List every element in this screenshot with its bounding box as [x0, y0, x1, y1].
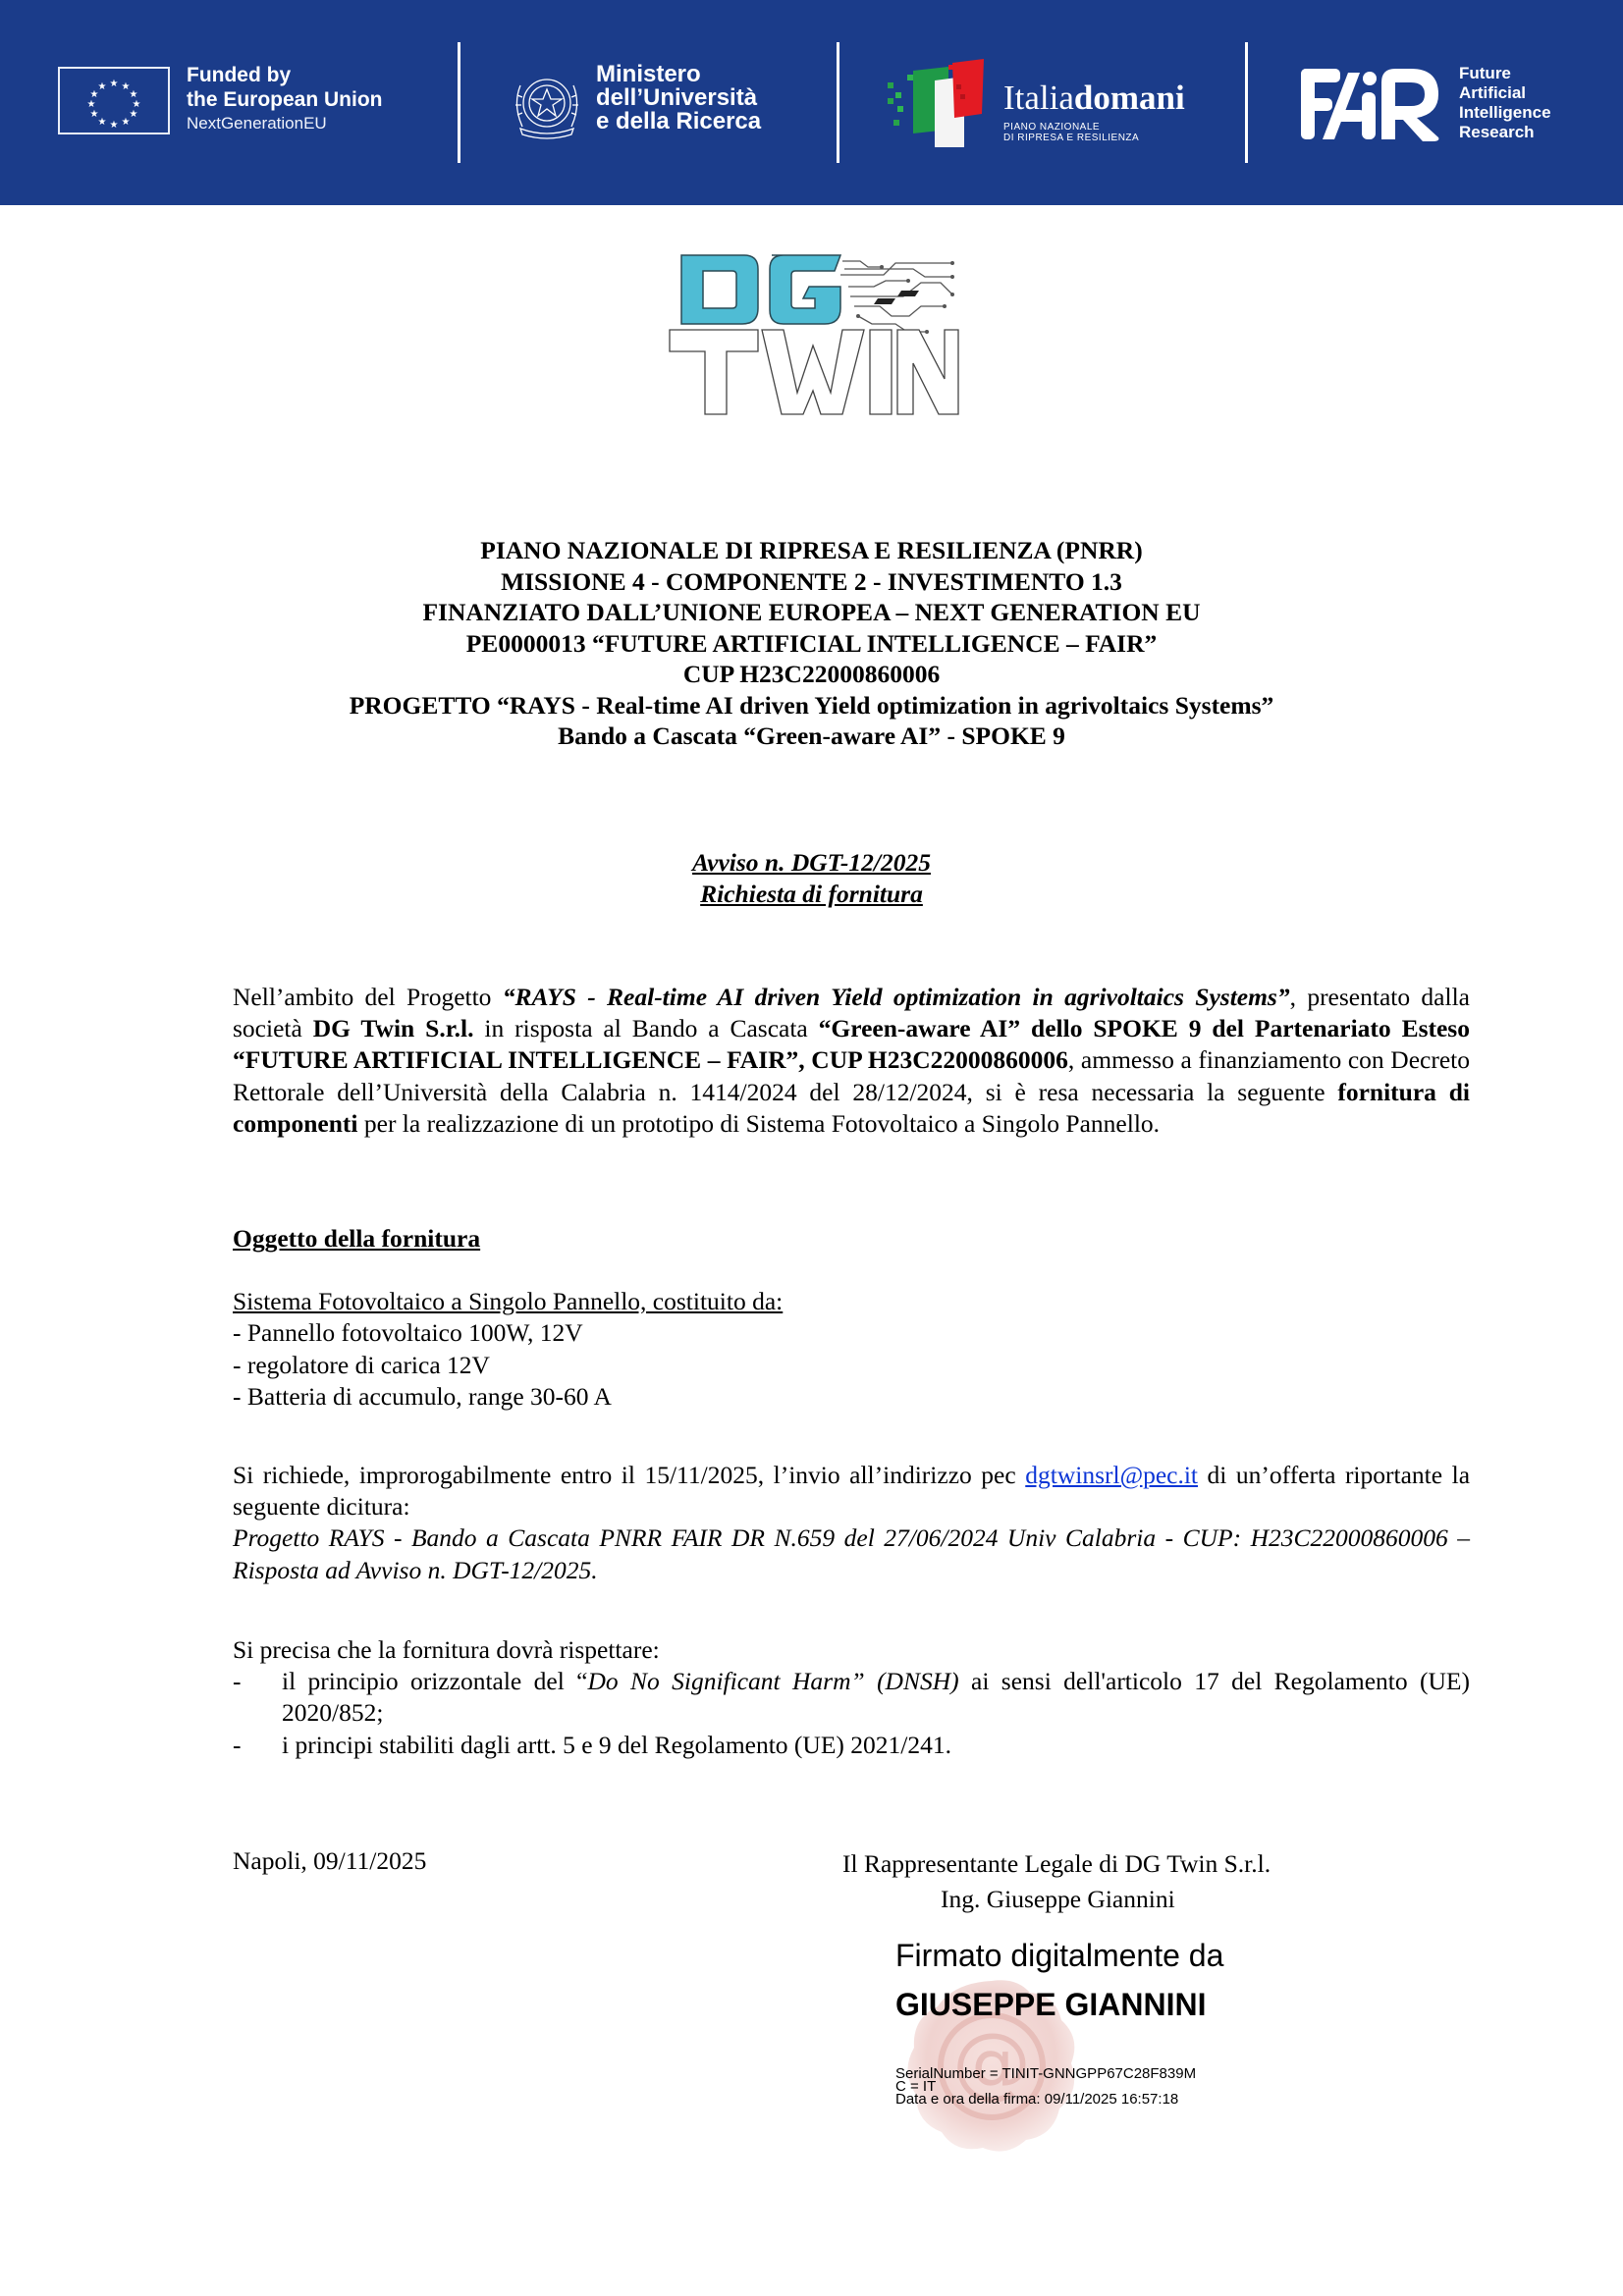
required-wording: Progetto RAYS - Bando a Cascata PNRR FAI…	[233, 1522, 1470, 1585]
eu-line-3: NextGenerationEU	[187, 112, 383, 135]
intro-text: per la realizzazione di un prototipo di …	[358, 1109, 1161, 1138]
requirements-section: Si precisa che la fornitura dovrà rispet…	[233, 1634, 1470, 1761]
project-name: “RAYS - Real-time AI driven Yield optimi…	[503, 983, 1290, 1011]
svg-text:★: ★	[122, 117, 131, 128]
request-text: Si richiede, improrogabilmente entro il …	[233, 1461, 1025, 1489]
bullet-dash: -	[233, 1666, 282, 1729]
supply-system: Sistema Fotovoltaico a Singolo Pannello,…	[233, 1286, 1470, 1317]
svg-text:★: ★	[98, 81, 107, 92]
banner-divider	[837, 42, 839, 163]
ministry-line-1: Ministero	[596, 63, 761, 86]
svg-text:★: ★	[130, 109, 138, 120]
banner-divider	[458, 42, 460, 163]
fair-line-4: Research	[1459, 123, 1551, 142]
requirement-text: il principio orizzontale del “	[282, 1667, 587, 1695]
bullet-dash: -	[233, 1730, 282, 1761]
signature-timestamp: Data e ora della firma: 09/11/2025 16:57…	[895, 2093, 1196, 2106]
ministry-text: Ministero dell’Università e della Ricerc…	[596, 63, 761, 133]
requirements-intro: Si precisa che la fornitura dovrà rispet…	[233, 1634, 1470, 1666]
project-title-block: PIANO NAZIONALE DI RIPRESA E RESILIENZA …	[0, 535, 1623, 752]
ministry-line-2: dell’Università	[596, 86, 761, 110]
intro-text: Nell’ambito del Progetto	[233, 983, 503, 1011]
company-name: DG Twin S.r.l.	[313, 1014, 474, 1042]
notice-subject: Richiesta di fornitura	[700, 880, 923, 908]
supply-section: Oggetto della fornitura Sistema Fotovolt…	[233, 1223, 1470, 1413]
dnsh-text: Do No Significant Harm” (DNSH)	[587, 1667, 958, 1695]
digital-signature-signer: GIUSEPPE GIANNINI	[895, 1985, 1207, 2024]
svg-text:★: ★	[90, 109, 99, 120]
eu-line-2: the European Union	[187, 87, 383, 112]
ministry-line-3: e della Ricerca	[596, 110, 761, 133]
italiadomani-sub-1: PIANO NAZIONALE	[1003, 122, 1185, 133]
pec-email-link[interactable]: dgtwinsrl@pec.it	[1025, 1461, 1198, 1489]
dg-twin-logo	[668, 247, 962, 424]
fair-text: Future Artificial Intelligence Research	[1459, 64, 1551, 142]
digital-signature-meta: SerialNumber = TINIT-GNNGPP67C28F839M C …	[895, 2067, 1196, 2106]
fair-line-2: Artificial	[1459, 83, 1551, 103]
eu-flag-icon: ★★★ ★★★ ★★★ ★★★	[58, 67, 170, 134]
fair-logo-icon	[1301, 67, 1448, 150]
supply-item: - Pannello fotovoltaico 100W, 12V	[233, 1317, 1470, 1349]
signature-serial: SerialNumber = TINIT-GNNGPP67C28F839M	[895, 2067, 1196, 2080]
supply-item: - Batteria di accumulo, range 30-60 A	[233, 1381, 1470, 1413]
title-line: PROGETTO “RAYS - Real-time AI driven Yie…	[0, 690, 1623, 721]
digital-signature-label: Firmato digitalmente da	[895, 1936, 1223, 1975]
requirement-item: - il principio orizzontale del “Do No Si…	[233, 1666, 1470, 1729]
requirement-text: i principi stabiliti dagli artt. 5 e 9 d…	[282, 1730, 1470, 1761]
italiadomani-sub-2: DI RIPRESA E RESILIENZA	[1003, 133, 1185, 143]
title-line: FINANZIATO DALL’UNIONE EUROPEA – NEXT GE…	[0, 597, 1623, 628]
intro-text: in risposta al Bando a Cascata	[474, 1014, 819, 1042]
place-date: Napoli, 09/11/2025	[233, 1846, 426, 1876]
svg-text:★: ★	[110, 79, 119, 89]
svg-text:★: ★	[87, 99, 96, 110]
notice-heading: Avviso n. DGT-12/2025 Richiesta di forni…	[0, 847, 1623, 910]
fair-line-1: Future	[1459, 64, 1551, 83]
svg-text:★: ★	[110, 120, 119, 131]
request-paragraph: Si richiede, improrogabilmente entro il …	[233, 1460, 1470, 1586]
banner-divider	[1245, 42, 1248, 163]
header-banner: ★★★ ★★★ ★★★ ★★★ Funded by the European U…	[0, 0, 1623, 205]
signatory-role: Il Rappresentante Legale di DG Twin S.r.…	[842, 1846, 1271, 1882]
supply-item: - regolatore di carica 12V	[233, 1350, 1470, 1381]
italian-republic-emblem-icon	[509, 66, 585, 149]
supply-heading: Oggetto della fornitura	[233, 1223, 1470, 1255]
intro-paragraph: Nell’ambito del Progetto “RAYS - Real-ti…	[233, 982, 1470, 1140]
eu-line-1: Funded by	[187, 63, 383, 87]
notice-number: Avviso n. DGT-12/2025	[692, 848, 931, 877]
title-line: CUP H23C22000860006	[0, 659, 1623, 690]
title-line: MISSIONE 4 - COMPONENTE 2 - INVESTIMENTO…	[0, 566, 1623, 598]
italiadomani-text: Italiadomani PIANO NAZIONALE DI RIPRESA …	[1003, 80, 1185, 143]
italiadomani-flag-icon	[884, 59, 992, 152]
italiadomani-title-light: Italia	[1003, 79, 1074, 117]
title-line: PE0000013 “FUTURE ARTIFICIAL INTELLIGENC…	[0, 628, 1623, 660]
signatory-name: Ing. Giuseppe Giannini	[941, 1882, 1175, 1917]
eu-funding-text: Funded by the European Union NextGenerat…	[187, 63, 383, 135]
svg-text:★: ★	[98, 117, 107, 128]
title-line: Bando a Cascata “Green-aware AI” - SPOKE…	[0, 721, 1623, 752]
italiadomani-title-bold: domani	[1074, 79, 1185, 117]
fair-line-3: Intelligence	[1459, 103, 1551, 123]
title-line: PIANO NAZIONALE DI RIPRESA E RESILIENZA …	[0, 535, 1623, 566]
requirement-item: - i principi stabiliti dagli artt. 5 e 9…	[233, 1730, 1470, 1761]
